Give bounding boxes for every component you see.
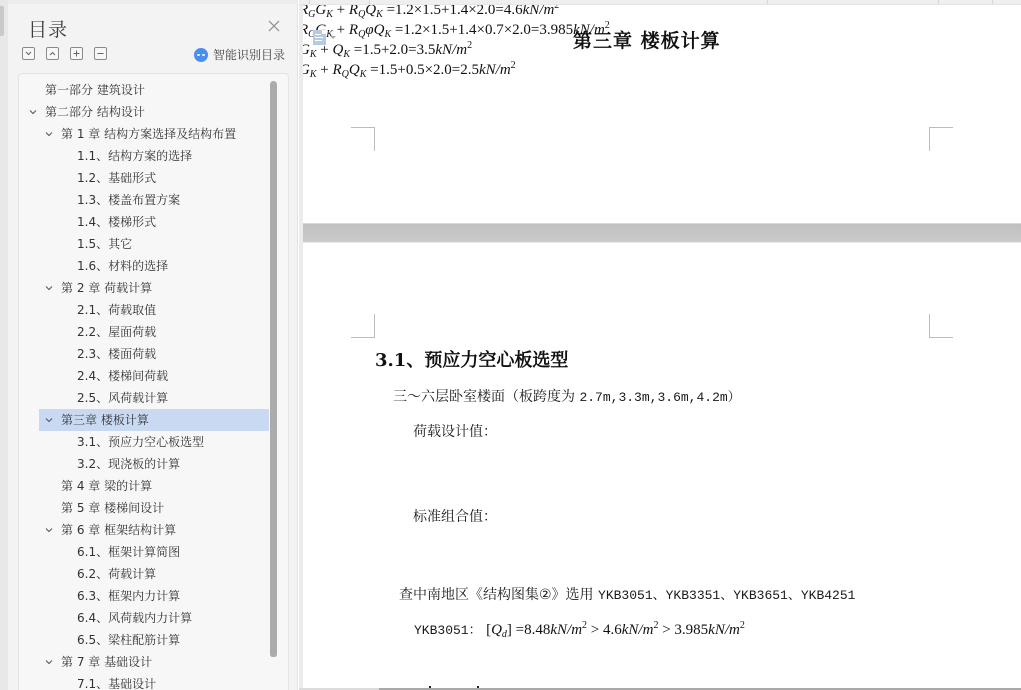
crop-mark-top-right [929, 314, 953, 338]
page-shadow-left [299, 5, 303, 690]
toc-scrollbar[interactable] [270, 81, 277, 657]
toc-item[interactable]: 2.5、风荷载计算 [19, 387, 271, 409]
document-icon [313, 30, 326, 45]
document-area: 第三章 楼板计算 3.1、预应力空心板选型 三～六层卧室楼面（板跨度为 2.7m… [299, 0, 1021, 690]
check-paragraph: YKB3051： [Qd] =8.48kN/m2 > 4.6kN/m2 > 3.… [414, 619, 745, 640]
toc-list-container: 第一部分 建筑设计第二部分 结构设计第 1 章 结构方案选择及结构布置1.1、结… [18, 73, 289, 690]
standard-eq1-rhs: =1.5+2.0=3.5 [354, 42, 436, 58]
intro-text: 三～六层卧室楼面（板跨度为 [393, 389, 575, 405]
section-heading: 3.1、预应力空心板选型 [375, 346, 568, 372]
toc-item-label: 2.4、楼梯间荷载 [77, 365, 168, 387]
chevron-down-icon[interactable] [43, 123, 55, 145]
design-value-label: 荷载设计值： [413, 421, 497, 441]
toc-item-label: 6.1、框架计算简图 [77, 541, 180, 563]
standard-eq1-unit: kN/m [435, 42, 467, 58]
toc-item[interactable]: 第 1 章 结构方案选择及结构布置 [19, 123, 271, 145]
check-v2: > 4.6 [591, 622, 622, 638]
exponent: 2 [740, 620, 745, 631]
chevron-down-icon[interactable] [27, 101, 39, 123]
toc-item-label: 第 2 章 荷载计算 [61, 277, 152, 299]
expand-all-button[interactable] [70, 47, 83, 60]
toc-item[interactable]: 6.4、风荷载内力计算 [19, 607, 271, 629]
toc-item[interactable]: 2.4、楼梯间荷载 [19, 365, 271, 387]
toc-item[interactable]: 第 5 章 楼梯间设计 [19, 497, 271, 519]
standard-equation-2: GK + RQQK =1.5+0.5×2.0=2.5kN/m2 [299, 60, 1021, 80]
page-header-title: 第三章 楼板计算 [573, 26, 721, 53]
exponent: 2 [467, 40, 472, 51]
toc-item-label: 第 4 章 梁的计算 [61, 475, 152, 497]
crop-mark-bottom-left [351, 127, 375, 151]
toc-top-border [8, 0, 298, 4]
toc-item[interactable]: 第 2 章 荷载计算 [19, 277, 271, 299]
toc-item-label: 第 6 章 框架结构计算 [61, 519, 176, 541]
toc-item-label: 第 7 章 基础设计 [61, 651, 152, 673]
toc-item-label: 1.6、材料的选择 [77, 255, 168, 277]
toc-item[interactable]: 3.2、现浇板的计算 [19, 453, 271, 475]
paragraph-layout-button[interactable] [313, 30, 336, 45]
collapse-all-button[interactable] [94, 47, 107, 60]
check-label: YKB3051： [414, 623, 482, 638]
lookup-models: YKB3051、YKB3351、YKB3651、YKB4251 [598, 588, 855, 603]
toc-item[interactable]: 第 6 章 框架结构计算 [19, 519, 271, 541]
toc-item[interactable]: 2.3、楼面荷载 [19, 343, 271, 365]
crop-mark-top-left [351, 314, 375, 338]
toc-item[interactable]: 第三章 楼板计算 [39, 409, 269, 431]
toc-item[interactable]: 1.1、结构方案的选择 [19, 145, 271, 167]
page-separator [303, 223, 1021, 243]
toc-item[interactable]: 1.4、楼梯形式 [19, 211, 271, 233]
check-v3: > 3.985 [662, 622, 708, 638]
design-eq2-rhs: =1.2×1.5+1.4×0.7×2.0=3.985 [395, 22, 573, 38]
toc-item-label: 1.3、楼盖布置方案 [77, 189, 180, 211]
toc-item[interactable]: 第 7 章 基础设计 [19, 651, 271, 673]
toc-item-label: 2.3、楼面荷载 [77, 343, 156, 365]
intro-spans: 2.7m,3.3m,3.6m,4.2m） [579, 390, 740, 405]
unit: kN/m [622, 622, 654, 638]
crop-mark-bottom-right [929, 127, 953, 151]
toc-item[interactable]: 第一部分 建筑设计 [19, 79, 271, 101]
toc-item-label: 7.1、基础设计 [77, 673, 156, 690]
toc-item[interactable]: 1.6、材料的选择 [19, 255, 271, 277]
toc-item[interactable]: 6.3、框架内力计算 [19, 585, 271, 607]
toc-item-label: 第二部分 结构设计 [45, 101, 145, 123]
app-left-edge [0, 0, 8, 690]
standard-value-label: 标准组合值： [413, 506, 497, 526]
toc-item-label: 2.5、风荷载计算 [77, 387, 168, 409]
toc-item[interactable]: 2.2、屋面荷载 [19, 321, 271, 343]
standard-eq2-unit: kN/m [479, 62, 511, 78]
toc-item[interactable]: 2.1、荷载取值 [19, 299, 271, 321]
smart-toc-button[interactable]: 智能识别目录 [194, 46, 285, 63]
chevron-down-icon[interactable] [43, 277, 55, 299]
expand-down-button[interactable] [22, 47, 35, 60]
toc-item-label: 第一部分 建筑设计 [45, 79, 145, 101]
toc-item-label: 第 5 章 楼梯间设计 [61, 497, 164, 519]
toc-item-label: 6.4、风荷载内力计算 [77, 607, 192, 629]
check-equation: [Qd] =8.48kN/m2 > 4.6kN/m2 > 3.985kN/m2 [486, 622, 745, 638]
toc-item[interactable]: 7.1、基础设计 [19, 673, 271, 690]
toc-item[interactable]: 6.2、荷载计算 [19, 563, 271, 585]
toc-item[interactable]: 1.3、楼盖布置方案 [19, 189, 271, 211]
unit: kN/m [550, 622, 582, 638]
toc-panel: 目录 智能识别目录 第一部分 建筑设计第二部分 结构设计第 1 章 结构方案选择… [8, 0, 298, 690]
toc-item[interactable]: 1.5、其它 [19, 233, 271, 255]
lookup-text: 查中南地区《结构图集②》选用 [399, 587, 594, 603]
toc-item-label: 第 1 章 结构方案选择及结构布置 [61, 123, 236, 145]
toc-item-label: 3.1、预应力空心板选型 [77, 431, 204, 453]
standard-eq2-rhs: =1.5+0.5×2.0=2.5 [370, 62, 479, 78]
lookup-paragraph: 查中南地区《结构图集②》选用 YKB3051、YKB3351、YKB3651、Y… [399, 584, 855, 604]
toc-item[interactable]: 3.1、预应力空心板选型 [19, 431, 271, 453]
dropdown-arrow-icon [330, 36, 336, 39]
toc-item-label: 第三章 楼板计算 [61, 409, 149, 431]
smart-ai-icon [194, 48, 208, 62]
toc-item-label: 1.1、结构方案的选择 [77, 145, 192, 167]
exponent: 2 [653, 620, 658, 631]
check-v1: =8.48 [516, 622, 551, 638]
plus-icon [72, 49, 81, 58]
toc-item[interactable]: 1.2、基础形式 [19, 167, 271, 189]
chevron-down-icon [24, 49, 33, 58]
chevron-down-icon[interactable] [43, 519, 55, 541]
chevron-up-icon [48, 49, 57, 58]
toc-item-label: 1.5、其它 [77, 233, 132, 255]
collapse-up-button[interactable] [46, 47, 59, 60]
toc-item-label: 6.2、荷载计算 [77, 563, 156, 585]
ruler-strip [299, 0, 1021, 5]
chevron-down-icon[interactable] [43, 409, 55, 431]
toc-title: 目录 [28, 15, 68, 42]
toc-item[interactable]: 第二部分 结构设计 [19, 101, 271, 123]
edge-handle[interactable] [0, 6, 4, 36]
toc-item-label: 1.4、楼梯形式 [77, 211, 156, 233]
toc-item[interactable]: 6.5、梁柱配筋计算 [19, 629, 271, 651]
smart-toc-label: 智能识别目录 [213, 46, 285, 63]
unit: kN/m [708, 622, 740, 638]
chevron-down-icon[interactable] [43, 651, 55, 673]
toc-item-label: 6.5、梁柱配筋计算 [77, 629, 180, 651]
close-icon[interactable] [265, 17, 283, 35]
toc-list: 第一部分 建筑设计第二部分 结构设计第 1 章 结构方案选择及结构布置1.1、结… [19, 79, 271, 690]
toc-item[interactable]: 6.1、框架计算简图 [19, 541, 271, 563]
toc-item-label: 3.2、现浇板的计算 [77, 453, 180, 475]
toc-item-label: 2.1、荷载取值 [77, 299, 156, 321]
exponent: 2 [582, 620, 587, 631]
exponent: 2 [511, 60, 516, 71]
toc-item-label: 6.3、框架内力计算 [77, 585, 180, 607]
toc-item-label: 1.2、基础形式 [77, 167, 156, 189]
toc-toolbar [22, 47, 107, 60]
intro-paragraph: 三～六层卧室楼面（板跨度为 2.7m,3.3m,3.6m,4.2m） [393, 386, 741, 406]
toc-item[interactable]: 第 4 章 梁的计算 [19, 475, 271, 497]
toc-item-label: 2.2、屋面荷载 [77, 321, 156, 343]
minus-icon [96, 49, 105, 58]
